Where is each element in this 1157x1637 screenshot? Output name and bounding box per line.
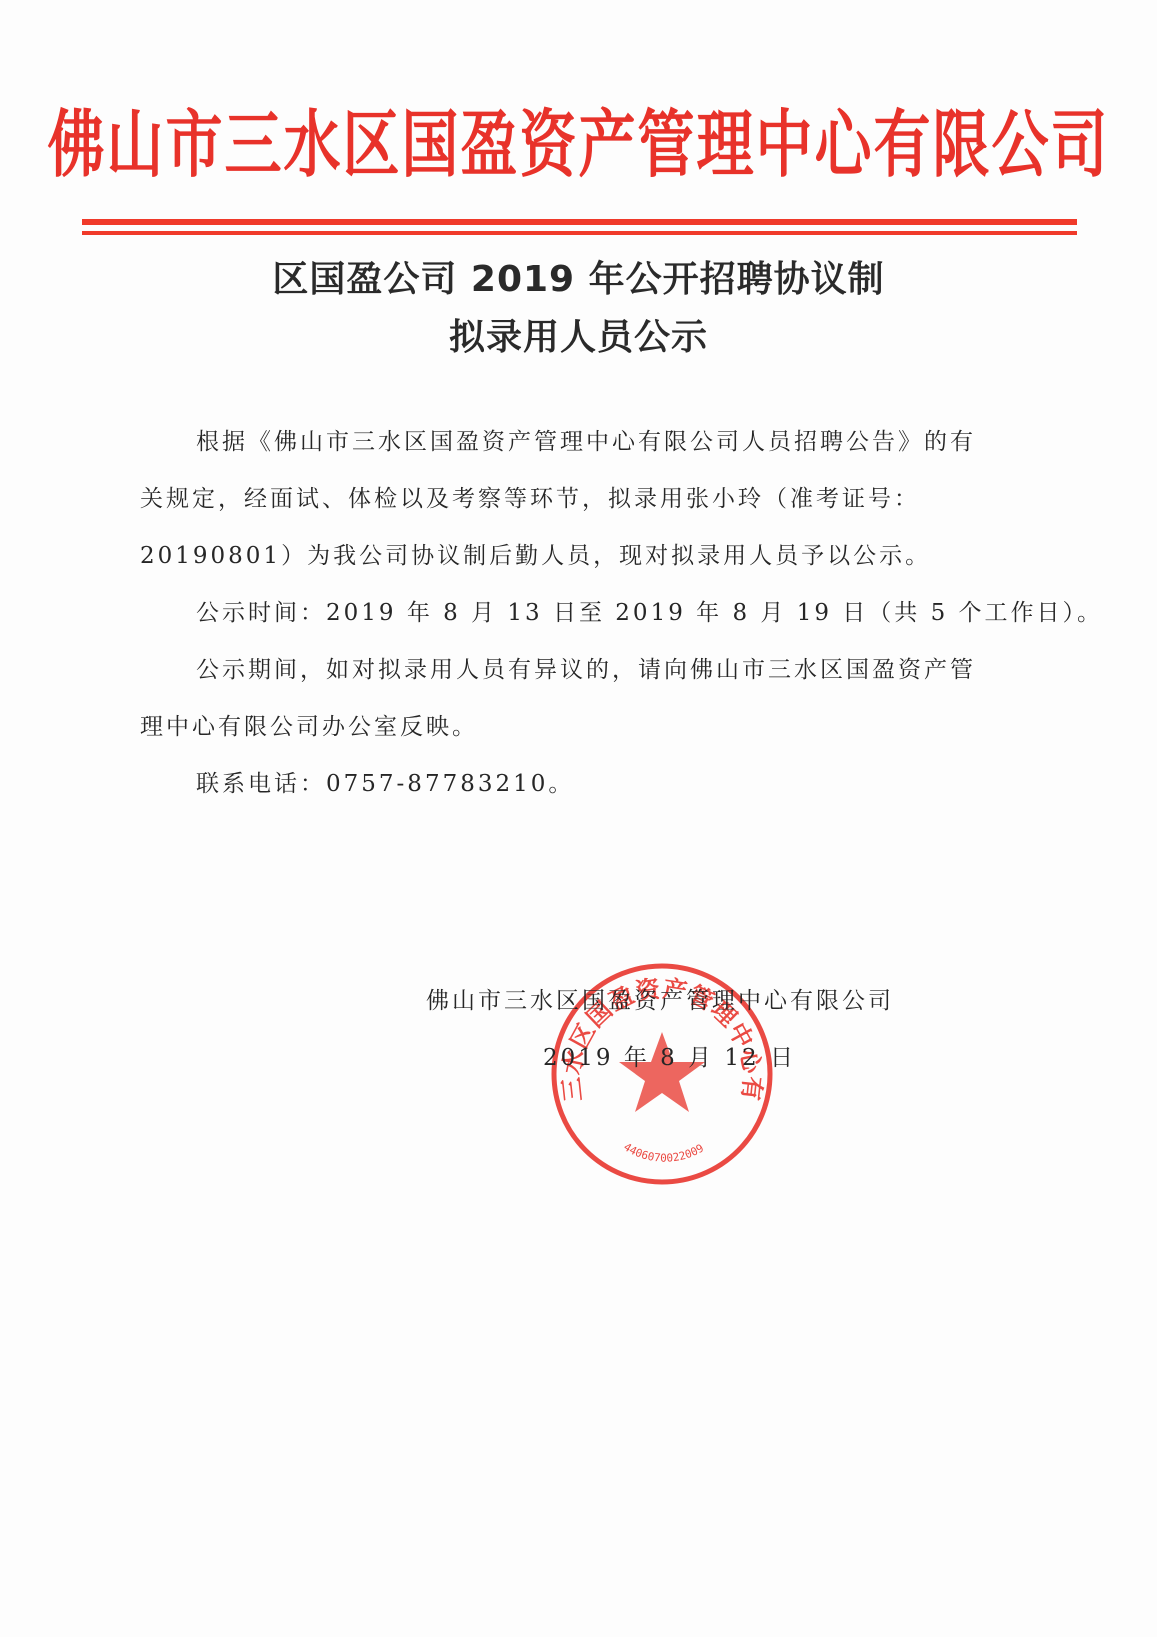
star-icon bbox=[619, 1032, 705, 1112]
signature-date: 2019 年 8 月 12 日 bbox=[543, 1047, 796, 1070]
paragraph-1-line-1: 根据《佛山市三水区国盈资产管理中心有限公司人员招聘公告》的有 bbox=[196, 431, 1076, 454]
paragraph-1-line-2: 关规定，经面试、体检以及考察等环节，拟录用张小玲（准考证号： bbox=[140, 488, 1020, 511]
paragraph-contact-phone: 联系电话：0757-87783210。 bbox=[196, 773, 1076, 796]
signature-organization: 佛山市三水区国盈资产管理中心有限公司 bbox=[426, 990, 894, 1013]
paragraph-objection-line-1: 公示期间，如对拟录用人员有异议的，请向佛山市三水区国盈资产管 bbox=[196, 659, 1076, 682]
document-title-line-1: 区国盈公司 2019 年公开招聘协议制 bbox=[0, 262, 1157, 298]
seal-serial-number: 4406070022009 bbox=[621, 1140, 706, 1164]
document-page: 佛山市三水区国盈资产管理中心有限公司 区国盈公司 2019 年公开招聘协议制 拟… bbox=[0, 0, 1157, 1637]
paragraph-objection-line-2: 理中心有限公司办公室反映。 bbox=[140, 716, 1020, 739]
document-title-line-2: 拟录用人员公示 bbox=[0, 320, 1157, 356]
paragraph-publicity-period: 公示时间：2019 年 8 月 13 日至 2019 年 8 月 19 日（共 … bbox=[196, 602, 1076, 625]
svg-text:4406070022009: 4406070022009 bbox=[621, 1140, 706, 1164]
letterhead-company-name: 佛山市三水区国盈资产管理中心有限公司 bbox=[0, 108, 1157, 181]
letterhead-rule-thick bbox=[82, 219, 1077, 225]
paragraph-1-line-3: 20190801）为我公司协议制后勤人员，现对拟录用人员予以公示。 bbox=[140, 545, 1020, 568]
letterhead-rule-thin bbox=[82, 231, 1077, 235]
